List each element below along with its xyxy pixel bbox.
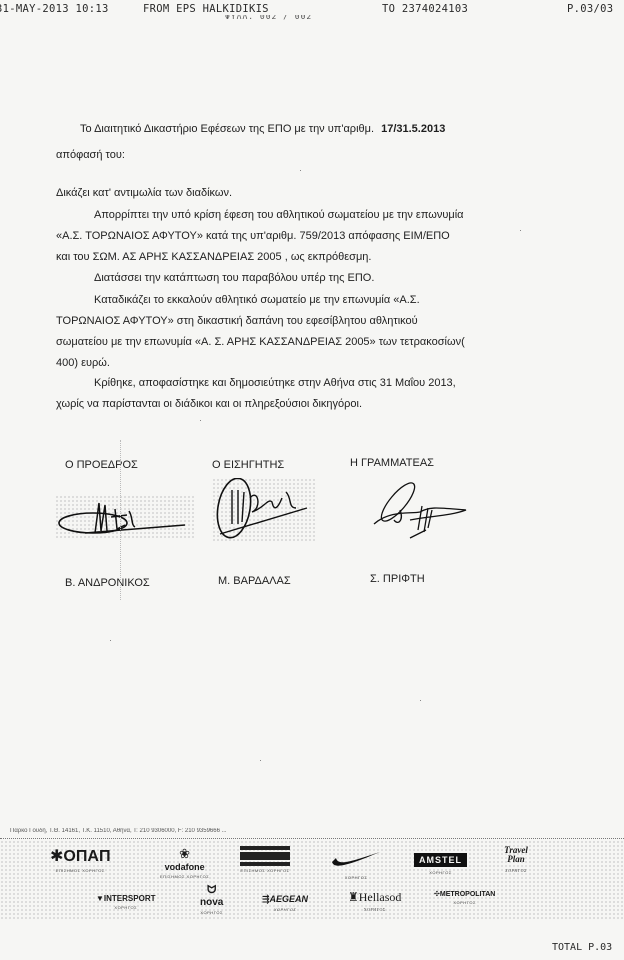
signature-president [55, 495, 195, 540]
vodafone-logo: ❀ vodafone ΕΠΙΣΗΜΟΣ ΧΟΡΗΓΟΣ [160, 846, 209, 879]
intersport-mark-icon: ▼ [96, 894, 104, 903]
paragraph-4-line-4: 400) ευρώ. [56, 356, 110, 370]
fax-recipient: TO 2374024103 [382, 3, 468, 15]
signature-title-secretary: Η ΓΡΑΜΜΑΤΕΑΣ [350, 457, 434, 469]
opap-logo: ✱ΟΠΑΠ ΕΠΙΣΗΜΟΣ ΧΟΡΗΓΟΣ [50, 846, 111, 873]
hellasod-mark-icon: ♜ [348, 890, 359, 904]
paragraph-4-line-2: ΤΟΡΩΝΑΙΟΣ ΑΦΥΤΟΥ» στη δικαστική δαπάνη τ… [56, 314, 418, 328]
signature-secretary [370, 480, 470, 542]
fax-page-number: P.03/03 [567, 3, 613, 15]
fax-total-pages: TOTAL P.03 [552, 942, 612, 953]
paragraph-4-line-3: σωματείου με την επωνυμία «Α. Σ. ΑΡΗΣ ΚΑ… [56, 335, 465, 349]
fax-sender: FROM EPS HALKIDIKIS [143, 3, 269, 15]
paragraph-5-line-2: χωρίς να παρίστανται οι διάδικοι και οι … [56, 397, 362, 411]
nova-emblem-icon: ᗢ [200, 884, 223, 897]
sponsor-logos: ✱ΟΠΑΠ ΕΠΙΣΗΜΟΣ ΧΟΡΗΓΟΣ ❀ vodafone ΕΠΙΣΗΜ… [0, 840, 624, 920]
aegean-logo: ⇶AEGEAN ΧΟΡΗΓΟΣ [262, 894, 308, 912]
amstel-logo: AMSTEL ΧΟΡΗΓΟΣ [414, 850, 467, 875]
travelplan-logo: Travel Plan ΧΟΡΗΓΟΣ [496, 846, 536, 875]
paragraph-3: Διατάσσει την κατάπτωση του παραβόλου υπ… [94, 271, 374, 285]
paragraph-1: Δικάζει κατ' αντιμωλία των διαδίκων. [56, 186, 232, 200]
vodafone-emblem-icon: ❀ [160, 846, 209, 862]
hellasod-logo: ♜Hellasod ΧΟΡΗΓΟΣ [348, 890, 401, 912]
signatory-name-secretary: Σ. ΠΡΙΦΤΗ [370, 573, 425, 585]
metropolitan-logo: ✣METROPOLITAN ΧΟΡΗΓΟΣ [434, 890, 495, 905]
paragraph-2-line-2: «Α.Σ. ΤΟΡΩΝΑΙΟΣ ΑΦΥΤΟΥ» κατά της υπ'αριθ… [56, 229, 450, 243]
paragraph-4-line-1: Καταδικάζει το εκκαλούν αθλητικό σωματεί… [94, 293, 420, 307]
nova-logo: ᗢ nova ΧΟΡΗΓΟΣ [200, 884, 223, 915]
signature-rapporteur [212, 478, 317, 543]
partial-subheader: ΦΥΛΛ. 002 / 002 [225, 15, 312, 21]
paragraph-2-line-3: και του ΣΩΜ. ΑΣ ΑΡΗΣ ΚΑΣΣΑΝΔΡΕΙΑΣ 2005 ,… [56, 250, 371, 264]
paragraph-5-line-1: Κρίθηκε, αποφασίστηκε και δημοσιεύτηκε σ… [94, 376, 456, 390]
intersport-logo: ▼INTERSPORT ΧΟΡΗΓΟΣ [96, 894, 155, 910]
footer-address: Πάρκο Γουδή, Τ.Θ. 14161, Τ.Κ. 11510, Αθή… [10, 828, 470, 835]
fax-datetime: 31-MAY-2013 10:13 [0, 3, 109, 15]
signatory-name-president: Β. ΑΝΔΡΟΝΙΚΟΣ [65, 577, 150, 589]
opap-figure-icon: ✱ [50, 848, 63, 865]
striped-logo: ΕΠΙΣΗΜΟΣ ΧΟΡΗΓΟΣ [240, 846, 290, 873]
intro-text: Το Διαιτητικό Δικαστήριο Εφέσεων της ΕΠΟ… [80, 123, 374, 135]
footer-divider [0, 838, 624, 839]
intro-line-1: Το Διαιτητικό Δικαστήριο Εφέσεων της ΕΠΟ… [80, 122, 445, 136]
aegean-wing-icon: ⇶ [262, 894, 270, 904]
paragraph-2-line-1: Απορρίπτει την υπό κρίση έφεση του αθλητ… [94, 208, 464, 222]
signatory-name-rapporteur: Μ. ΒΑΡΔΑΛΑΣ [218, 575, 291, 587]
decision-number: 17/31.5.2013 [381, 123, 445, 135]
signature-title-rapporteur: Ο ΕΙΣΗΓΗΤΗΣ [212, 459, 284, 471]
nike-swoosh-logo: ΧΟΡΗΓΟΣ [330, 848, 382, 880]
scan-artifact-line [120, 440, 122, 600]
signature-title-president: Ο ΠΡΟΕΔΡΟΣ [65, 459, 138, 471]
intro-line-2: απόφασή του: [56, 148, 125, 162]
